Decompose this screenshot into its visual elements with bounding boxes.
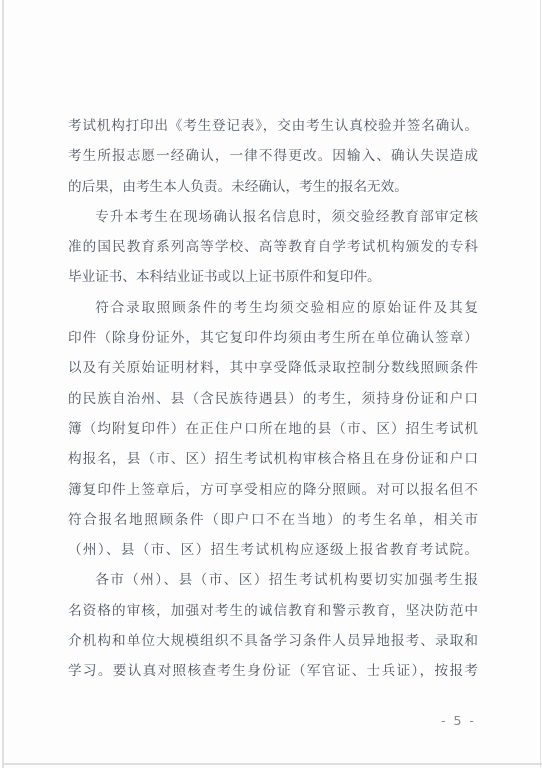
text-line: 簿（均附复印件）在正住户口所在地的县（市、区）招生考试机	[68, 414, 478, 444]
text-line: 符合录取照顾条件的考生均须交验相应的原始证件及其复	[68, 293, 478, 323]
text-line: （州）、县（市、区）招生考试机构应逐级上报省教育考试院。	[68, 535, 478, 565]
text-line: 簿复印件上签章后，方可享受相应的降分照顾。对可以报名但不	[68, 475, 478, 505]
scan-edge-right-line	[540, 0, 541, 768]
text-line: 专升本考生在现场确认报名信息时，须交验经教育部审定核	[68, 202, 478, 232]
text-line: 印件（除身份证外，其它复印件均须由考生所在单位确认签章）	[68, 323, 478, 353]
text-line: 介机构和单位大规模组织不具备学习条件人员异地报考、录取和	[68, 626, 478, 656]
text-line: 以及有关原始证明材料，其中享受降低录取控制分数线照顾条件	[68, 353, 478, 383]
text-line: 考试机构打印出《考生登记表》，交由考生认真校验并签名确认。	[68, 111, 478, 141]
text-line: 构报名，县（市、区）招生考试机构审核合格且在身份证和户口	[68, 444, 478, 474]
text-line: 的民族自治州、县（含民族待遇县）的考生，须持身份证和户口	[68, 384, 478, 414]
page-number: - 5 -	[441, 713, 476, 728]
scan-edge-bottom-line	[4, 763, 542, 765]
text-line: 名资格的审核，加强对考生的诚信教育和警示教育，坚决防范中	[68, 596, 478, 626]
document-body: 考试机构打印出《考生登记表》，交由考生认真校验并签名确认。考生所报志愿一经确认，…	[68, 111, 478, 687]
text-line: 毕业证书、本科结业证书或以上证书原件和复印件。	[68, 262, 478, 292]
text-line: 考生所报志愿一经确认，一律不得更改。因输入、确认失误造成	[68, 141, 478, 171]
text-line: 学习。要认真对照核查考生身份证（军官证、士兵证），按报考	[68, 656, 478, 686]
text-line: 准的国民教育系列高等学校、高等教育自学考试机构颁发的专科	[68, 232, 478, 262]
text-line: 的后果，由考生本人负责。未经确认，考生的报名无效。	[68, 172, 478, 202]
text-line: 各市（州）、县（市、区）招生考试机构要切实加强考生报	[68, 565, 478, 595]
text-line: 符合报名地照顾条件（即户口不在当地）的考生名单，相关市	[68, 505, 478, 535]
document-page: 考试机构打印出《考生登记表》，交由考生认真校验并签名确认。考生所报志愿一经确认，…	[0, 0, 542, 768]
scan-edge-left-line	[2, 0, 4, 768]
